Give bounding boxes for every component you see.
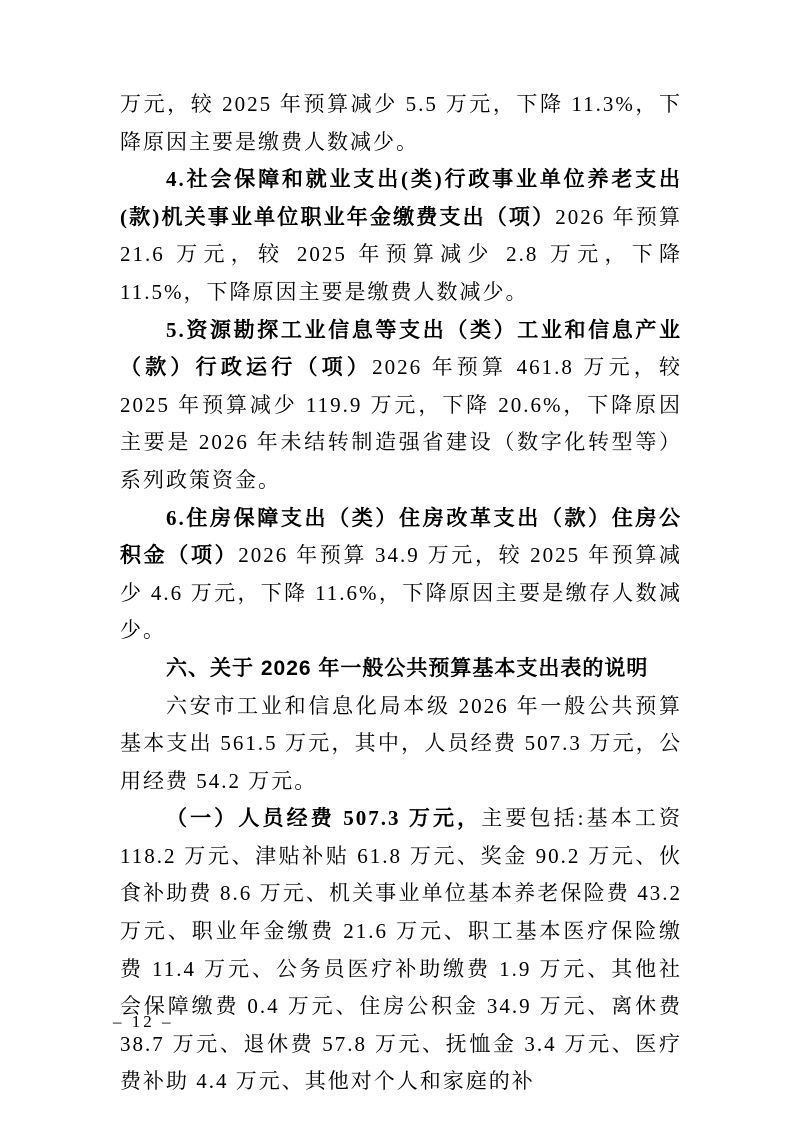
text-run: 万元，较 2025 年预算减少 5.5 万元，下降 11.3%，下降原因主要是缴… bbox=[120, 92, 682, 154]
section-six-heading: 六、关于 2026 年一般公共预算基本支出表的说明 bbox=[120, 650, 682, 688]
paragraph-budget-item-6: 6.住房保障支出（类）住房改革支出（款）住房公积金（项）2026 年预算 34.… bbox=[120, 500, 682, 650]
basic-expenditure-text-run: 六安市工业和信息化局本级 2026 年一般公共预算基本支出 561.5 万元，其… bbox=[120, 694, 682, 793]
paragraph-budget-item-5: 5.资源勘探工业信息等支出（类）工业和信息产业（款）行政运行（项）2026 年预… bbox=[120, 312, 682, 500]
paragraph-basic-expenditure-summary: 六安市工业和信息化局本级 2026 年一般公共预算基本支出 561.5 万元，其… bbox=[120, 688, 682, 801]
personnel-expense-detail-run: 主要包括:基本工资 118.2 万元、津贴补贴 61.8 万元、奖金 90.2 … bbox=[120, 806, 682, 1093]
section-six-heading-text: 六、关于 2026 年一般公共预算基本支出表的说明 bbox=[166, 657, 648, 680]
document-body: 万元，较 2025 年预算减少 5.5 万元，下降 11.3%，下降原因主要是缴… bbox=[120, 86, 682, 1101]
personnel-expense-title-run: （一）人员经费 507.3 万元， bbox=[166, 806, 481, 830]
document-page: 万元，较 2025 年预算减少 5.5 万元，下降 11.3%，下降原因主要是缴… bbox=[0, 0, 793, 1122]
page-number: – 12 – bbox=[113, 1012, 174, 1032]
paragraph-continuation-item3: 万元，较 2025 年预算减少 5.5 万元，下降 11.3%，下降原因主要是缴… bbox=[120, 86, 682, 161]
paragraph-budget-item-4: 4.社会保障和就业支出(类)行政事业单位养老支出(款)机关事业单位职业年金缴费支… bbox=[120, 161, 682, 311]
paragraph-personnel-expense: （一）人员经费 507.3 万元，主要包括:基本工资 118.2 万元、津贴补贴… bbox=[120, 800, 682, 1101]
